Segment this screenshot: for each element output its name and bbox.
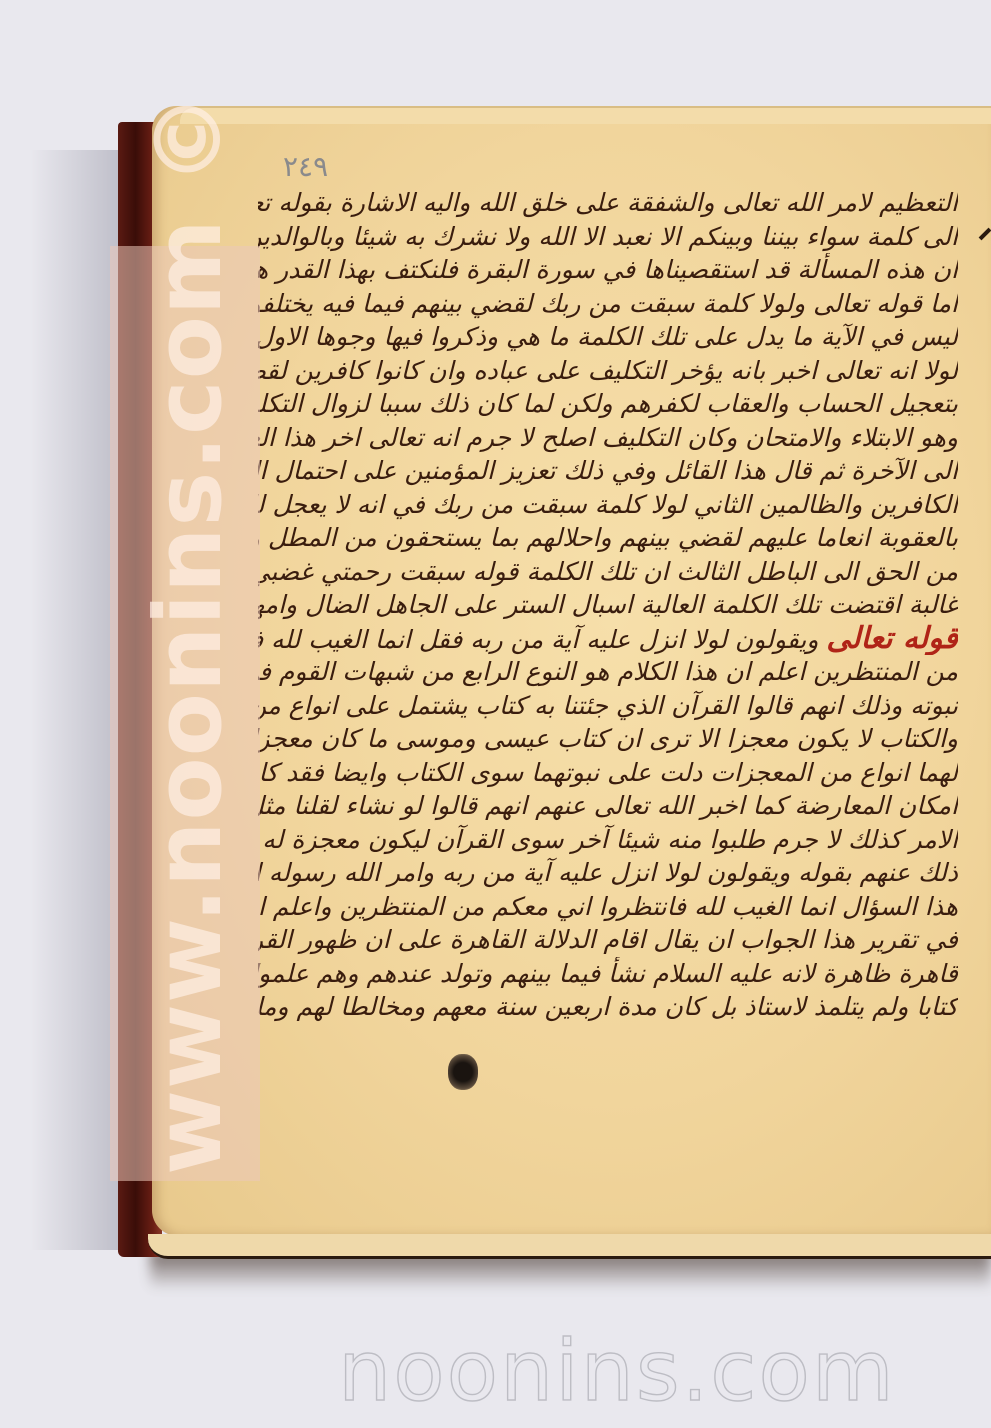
heading-line: قوله تعالى ويقولون لولا انزل عليه آية من… (258, 622, 958, 656)
page-bottom-edge (148, 1234, 991, 1259)
background-shadow (30, 150, 120, 1250)
text-line: في تقرير هذا الجواب ان يقال اقام الدلالة… (258, 923, 958, 957)
text-line: الى كلمة سواء بيننا وبينكم الا نعبد الا … (258, 220, 958, 254)
rubric-heading: قوله تعالى (826, 622, 958, 656)
text-line: كتابا ولم يتلمذ لاستاذ بل كان مدة اربعين… (258, 990, 958, 1024)
text-line: والكتاب لا يكون معجزا الا ترى ان كتاب عي… (258, 722, 958, 756)
watermark-bottom-text: noonins.com (338, 1322, 896, 1420)
text-line: بتعجيل الحساب والعقاب لكفرهم ولكن لما كا… (258, 387, 958, 421)
text-line: وهو الابتلاء والامتحان وكان التكليف اصلح… (258, 421, 958, 455)
text-line: امكان المعارضة كما اخبر الله تعالى عنهم … (258, 789, 958, 823)
text-line: من الحق الى الباطل الثالث ان تلك الكلمة … (258, 555, 958, 589)
text-line: غالبة اقتضت تلك الكلمة العالية اسبال الس… (258, 588, 958, 622)
text-line: ليس في الآية ما يدل على تلك الكلمة ما هي… (258, 320, 958, 354)
text-line: التعظيم لامر الله تعالى والشفقة على خلق … (258, 186, 958, 220)
watermark-side-text: www.noonins.com © (135, 92, 242, 1175)
text-line: نبوته وذلك انهم قالوا القرآن الذي جئتنا … (258, 689, 958, 723)
page-top-edge (180, 106, 991, 124)
text-line: من المنتظرين اعلم ان هذا الكلام هو النوع… (258, 655, 958, 689)
text-line: الامر كذلك لا جرم طلبوا منه شيئا آخر سوى… (258, 823, 958, 857)
text-line: ان هذه المسألة قد استقصيناها في سورة الب… (258, 253, 958, 287)
folio-number: ٢٤٩ (283, 150, 328, 183)
text-line: بالعقوبة انعاما عليهم لقضي بينهم واحلاله… (258, 521, 958, 555)
text-line: هذا السؤال انما الغيب لله فانتظروا اني م… (258, 890, 958, 924)
text-line: الكافرين والظالمين الثاني لولا كلمة سبقت… (258, 488, 958, 522)
text-line: اما قوله تعالى ولولا كلمة سبقت من ربك لق… (258, 287, 958, 321)
text-line: ذلك عنهم بقوله ويقولون لولا انزل عليه آي… (258, 856, 958, 890)
manuscript-text-block: التعظيم لامر الله تعالى والشفقة على خلق … (258, 186, 958, 1024)
text-line: لولا انه تعالى اخبر بانه يؤخر التكليف عل… (258, 354, 958, 388)
text-line: قاهرة ظاهرة لانه عليه السلام نشأ فيما بي… (258, 957, 958, 991)
text-line: لهما انواع من المعجزات دلت على نبوتهما س… (258, 756, 958, 790)
heading-verse: ويقولون لولا انزل عليه آية من ربه فقل ان… (258, 625, 818, 654)
ink-stain (448, 1054, 478, 1090)
text-line: الى الآخرة ثم قال هذا القائل وفي ذلك تعز… (258, 454, 958, 488)
